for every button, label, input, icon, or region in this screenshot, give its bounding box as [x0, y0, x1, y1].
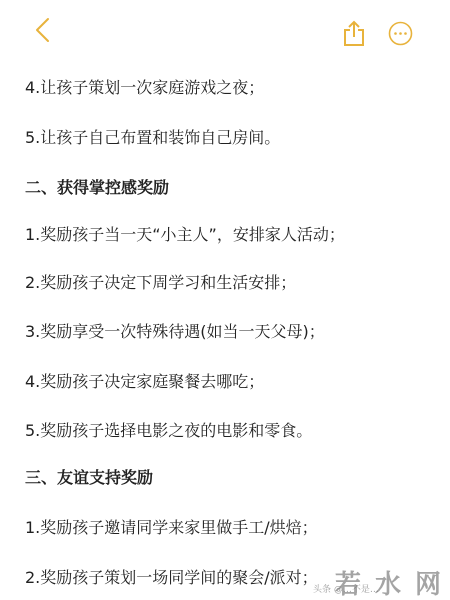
watermark: 若水网 头条 @…不是…	[305, 566, 445, 598]
more-ellipsis-icon	[388, 21, 413, 46]
chevron-left-icon	[32, 17, 54, 43]
list-item: 4.让孩子策划一次家庭游戏之夜；	[25, 78, 264, 98]
list-item: 2.奖励孩子策划一场同学间的聚会/派对；	[25, 568, 318, 588]
section-heading: 三、友谊支持奖励	[25, 468, 153, 488]
watermark-logo: 若水网	[335, 564, 450, 600]
more-button[interactable]	[388, 21, 413, 46]
section-heading: 二、获得掌控感奖励	[25, 178, 169, 198]
list-item: 3.奖励享受一次特殊待遇(如当一天父母)；	[25, 322, 325, 342]
list-item: 5.奖励孩子选择电影之夜的电影和零食。	[25, 421, 312, 441]
back-button[interactable]	[32, 17, 54, 43]
share-icon	[342, 20, 366, 46]
list-item: 4.奖励孩子决定家庭聚餐去哪吃；	[25, 372, 264, 392]
list-item: 2.奖励孩子决定下周学习和生活安排；	[25, 273, 296, 293]
share-button[interactable]	[342, 20, 366, 46]
top-navbar	[0, 0, 450, 62]
list-item: 1.奖励孩子当一天“小主人”，安排家人活动；	[25, 225, 345, 245]
list-item: 1.奖励孩子邀请同学来家里做手工/烘焙；	[25, 518, 318, 538]
list-item: 5.让孩子自己布置和装饰自己房间。	[25, 128, 280, 148]
watermark-caption: 头条 @…不是…	[313, 582, 379, 595]
